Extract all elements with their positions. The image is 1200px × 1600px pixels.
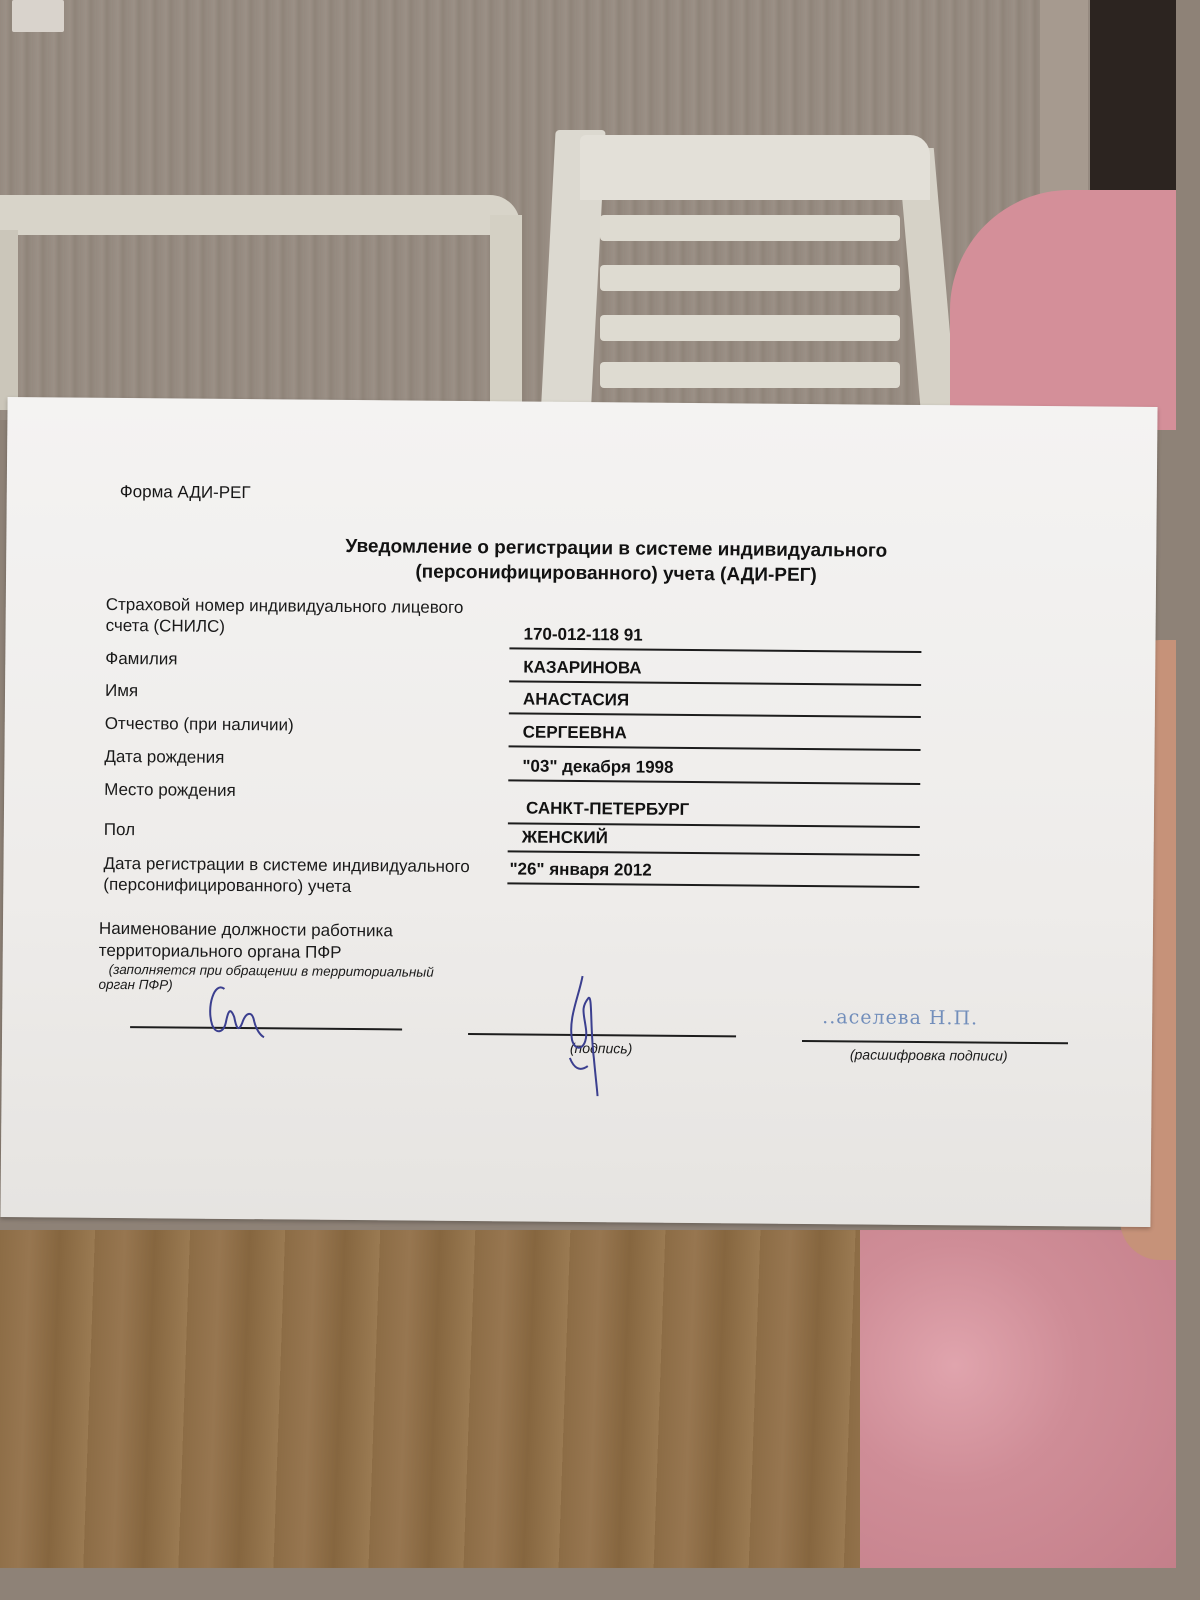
value-line: АНАСТАСИЯ: [509, 686, 921, 718]
value-line: 170-012-118 91: [509, 621, 921, 653]
field-label: Дата регистрации в системе индивидуально…: [103, 853, 470, 898]
value-line: ЖЕНСКИЙ: [508, 824, 920, 856]
field-value: СЕРГЕЕВНА: [523, 723, 627, 744]
pink-blanket: [950, 190, 1176, 430]
field-value: САНКТ-ПЕТЕРБУРГ: [526, 799, 689, 820]
field-snils: Страховой номер индивидуального лицевого…: [105, 594, 925, 647]
field-label: Отчество (при наличии): [105, 713, 294, 736]
chair-leg: [490, 215, 522, 415]
chair-slat: [600, 315, 900, 341]
field-label: Страховой номер индивидуального лицевого…: [106, 594, 464, 639]
field-label: Фамилия: [105, 648, 177, 670]
field-value: 170-012-118 91: [523, 625, 642, 646]
field-value: КАЗАРИНОВА: [523, 658, 642, 679]
handwritten-initials-icon: [202, 977, 273, 1048]
name-stamp: ..аселева Н.П.: [822, 1006, 978, 1029]
value-line: "03" декабря 1998: [508, 753, 920, 785]
wall-switch: [12, 0, 64, 32]
label-line: (персонифицированного) учета: [103, 874, 469, 898]
value-line: СЕРГЕЕВНА: [509, 719, 921, 751]
field-label: Имя: [105, 680, 138, 701]
signature-decoding-caption: (расшифровка подписи): [850, 1046, 1008, 1063]
position-label: Наименование должности работника: [99, 918, 434, 943]
chair-top-rail: [580, 135, 930, 200]
field-value: АНАСТАСИЯ: [523, 690, 629, 711]
chair-leg: [0, 230, 18, 410]
chair-slat: [600, 215, 900, 241]
document-title: Уведомление о регистрации в системе инди…: [256, 533, 976, 589]
form-name: Форма АДИ-РЕГ: [120, 482, 251, 503]
chair-back-left: [0, 195, 520, 235]
position-label: территориального органа ПФР: [99, 940, 434, 965]
value-line: "26" января 2012: [507, 856, 919, 888]
field-label: Место рождения: [104, 779, 236, 801]
signature-decoding-line: [802, 1040, 1068, 1044]
adi-reg-document: Форма АДИ-РЕГ Уведомление о регистрации …: [0, 397, 1157, 1227]
field-value: "03" декабря 1998: [522, 757, 673, 778]
chair-slat: [600, 265, 900, 291]
field-registration-date: Дата регистрации в системе индивидуально…: [103, 853, 923, 906]
handwritten-signature-icon: [558, 968, 619, 1099]
field-label: Пол: [104, 819, 135, 840]
chair-slat: [600, 362, 900, 388]
label-line: счета (СНИЛС): [106, 615, 464, 639]
wooden-floor: [0, 1230, 870, 1568]
field-label: Дата рождения: [104, 746, 224, 768]
value-line: КАЗАРИНОВА: [509, 654, 921, 686]
field-value: "26" января 2012: [509, 859, 651, 880]
field-value: ЖЕНСКИЙ: [522, 828, 608, 849]
pink-blanket: [860, 1230, 1176, 1568]
